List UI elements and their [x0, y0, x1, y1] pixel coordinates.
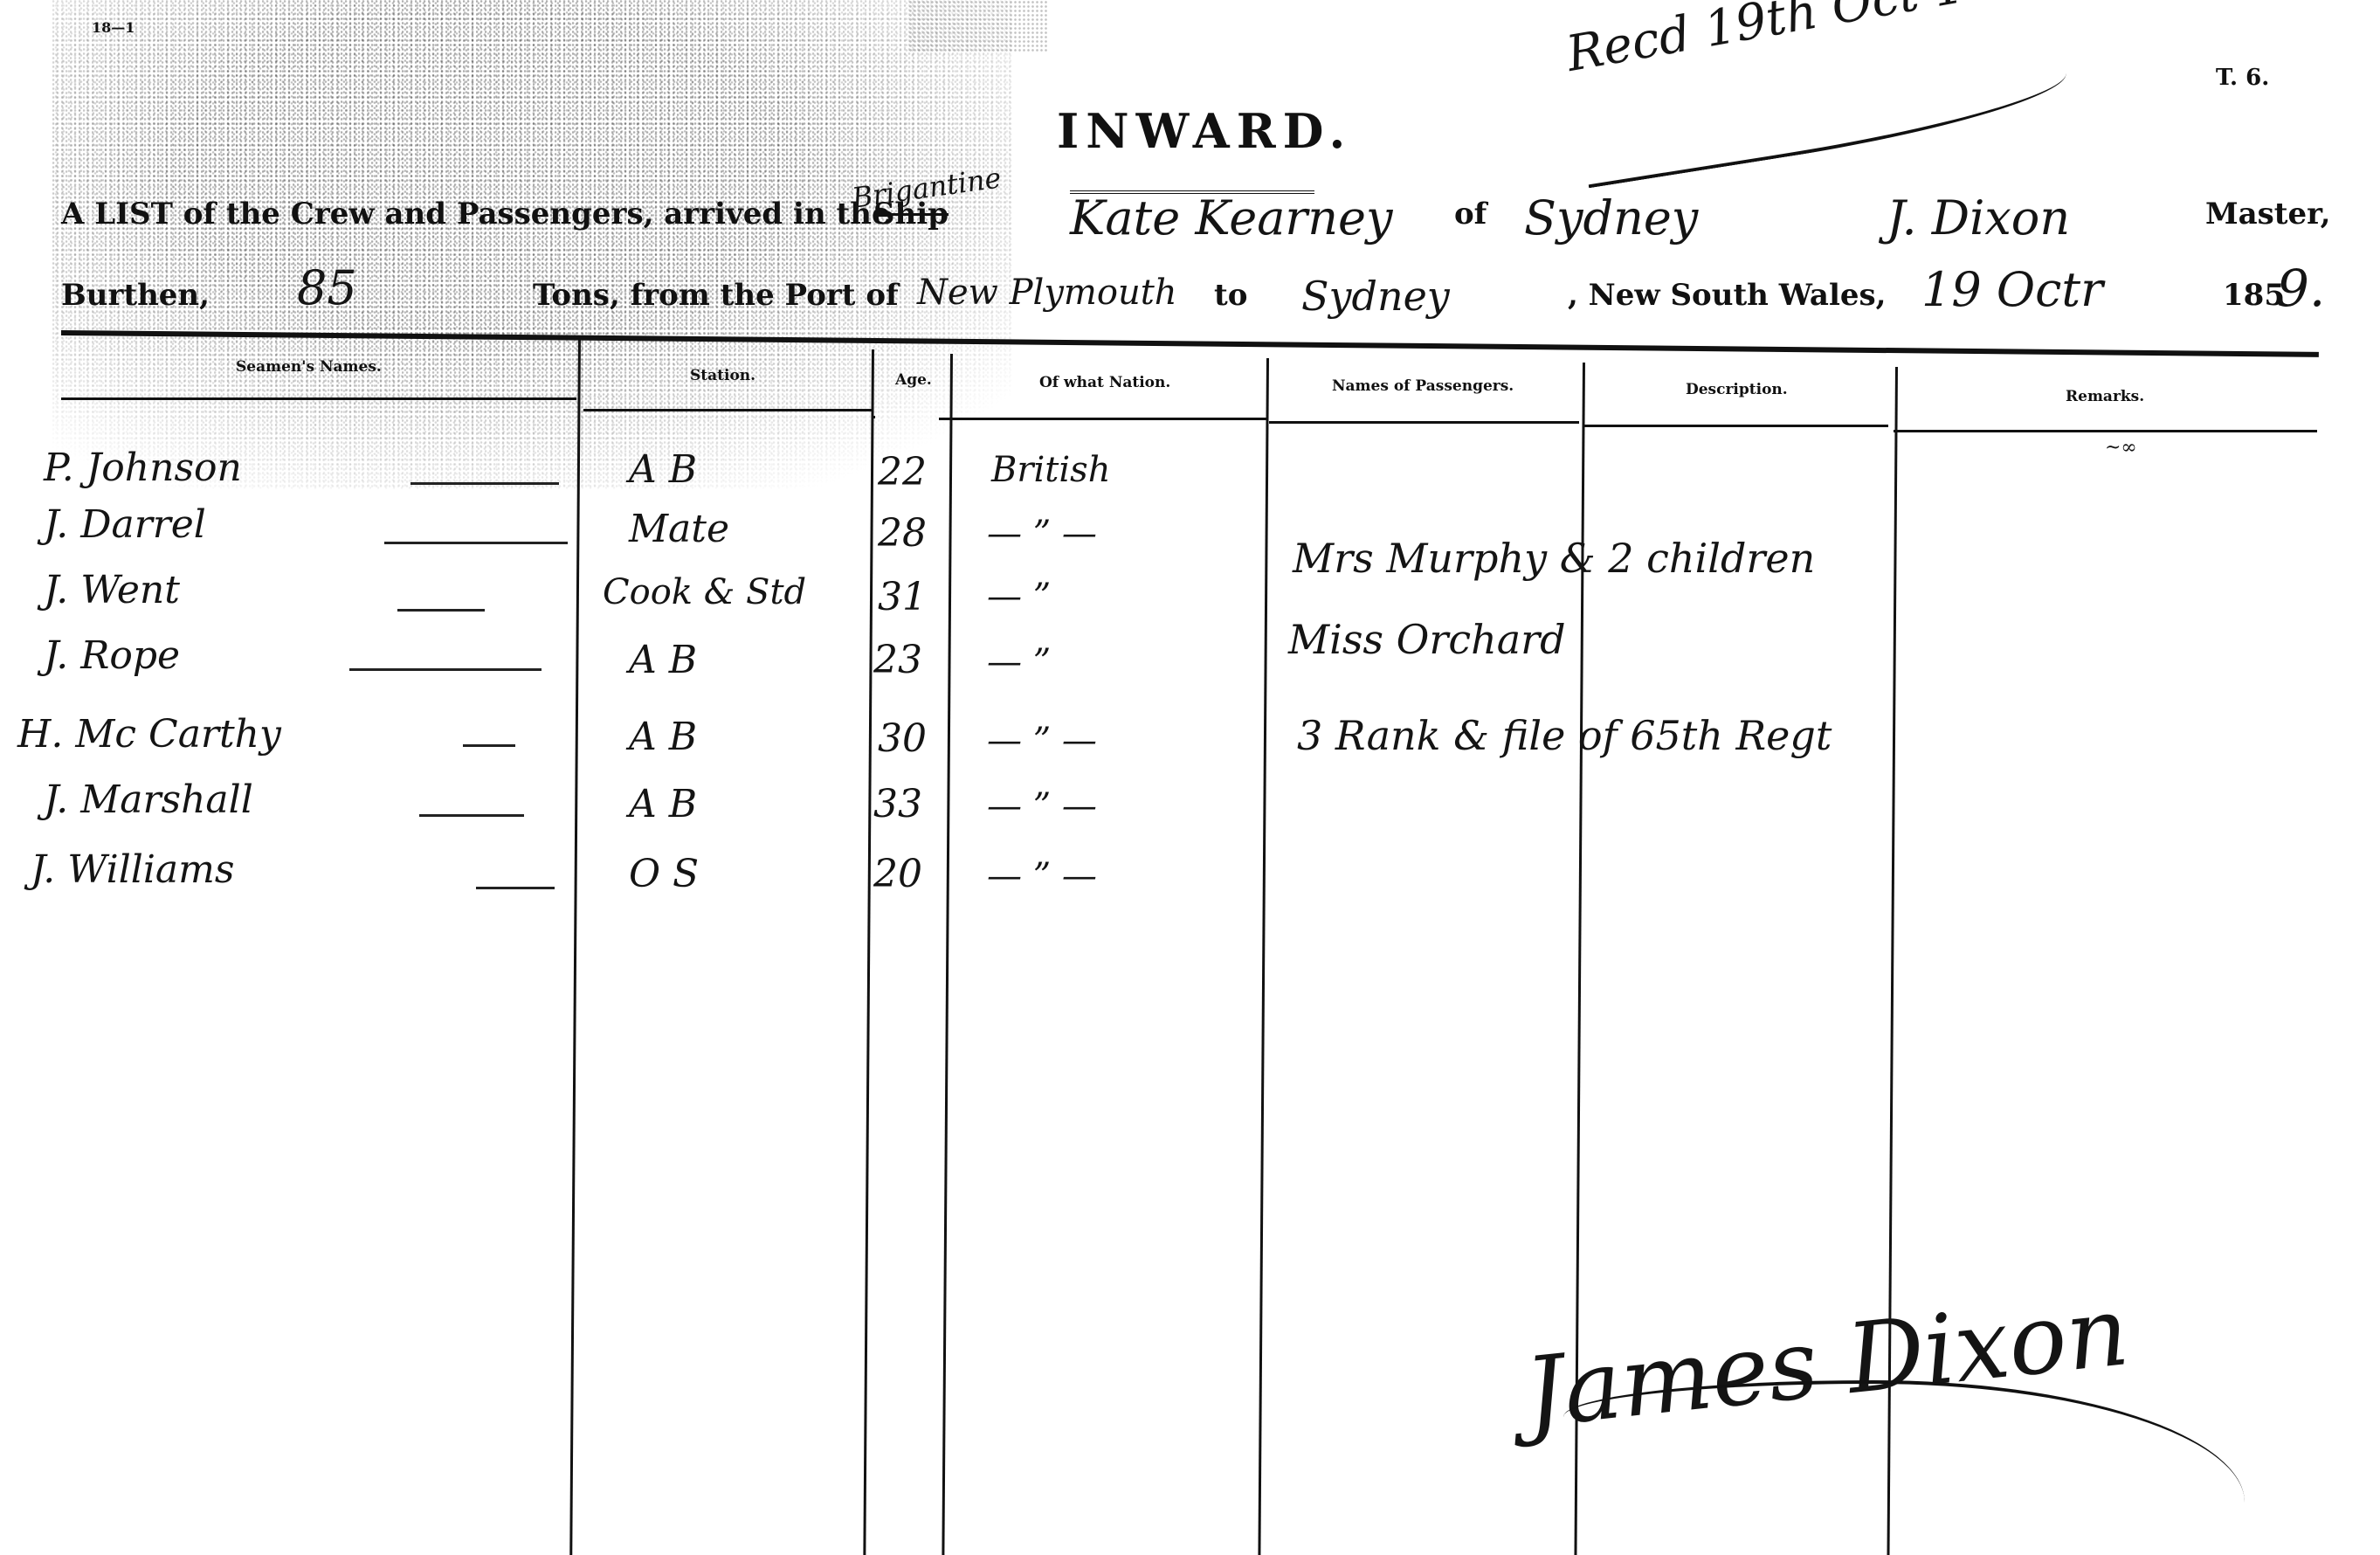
ditto-dash [384, 542, 568, 544]
seaman-nation: — ” — [987, 786, 1097, 826]
colony-label: , New South Wales, [1568, 278, 1887, 313]
passenger-entry: 3 Rank & file of 65th Regt [1297, 712, 1832, 759]
header-bottom-rule [61, 397, 576, 400]
signature-flourish [1563, 1380, 2245, 1515]
seaman-station: Mate [629, 507, 729, 551]
list-intro-label: A LIST of the Crew and Passengers, arriv… [61, 197, 891, 232]
arrival-date: 19 Octr [1921, 262, 2103, 317]
seaman-station: Cook & Std [603, 572, 806, 612]
header-bottom-rule [1894, 430, 2317, 432]
seaman-nation: British [991, 450, 1110, 490]
column-header-station: Station. [690, 367, 755, 384]
of-label: of [1454, 197, 1487, 232]
ditto-dash [419, 814, 524, 817]
to-port: Sydney [1301, 273, 1450, 320]
seaman-name: J. Williams [31, 847, 234, 892]
seaman-age: 20 [873, 852, 922, 896]
seaman-station: A B [629, 715, 697, 759]
seaman-age: 22 [878, 450, 927, 494]
column-divider [1258, 358, 1269, 1555]
seaman-name: H. Mc Carthy [17, 712, 281, 757]
passenger-entry: Miss Orchard [1288, 616, 1566, 663]
seaman-name: J. Went [44, 568, 180, 612]
year-printed: 185 [2223, 278, 2285, 313]
header-bottom-rule [1583, 425, 1888, 427]
header-bottom-rule [939, 418, 1266, 420]
master-name: J. Dixon [1887, 190, 2070, 245]
remarks-mark: ~∞ [2105, 437, 2137, 459]
column-header-age: Age. [895, 371, 932, 389]
vessel-name: Kate Kearney [1070, 190, 1392, 245]
tons-label: Tons, from the Port of [533, 278, 899, 313]
seaman-nation: — ” [987, 577, 1051, 617]
header-bottom-rule [583, 409, 872, 411]
seaman-name: J. Rope [44, 633, 180, 678]
burthen-label: Burthen, [61, 278, 210, 313]
seaman-nation: — ” — [987, 721, 1097, 761]
seaman-station: A B [629, 638, 697, 682]
header-bottom-rule [1269, 421, 1579, 424]
from-port: New Plymouth [917, 273, 1177, 313]
seaman-nation: — ” — [987, 856, 1097, 896]
ditto-dash [463, 744, 515, 747]
seaman-station: A B [629, 447, 697, 492]
seaman-nation: — ” [987, 642, 1051, 682]
column-header-seamen-names: Seamen's Names. [236, 358, 382, 376]
seaman-age: 23 [873, 638, 922, 682]
ditto-dash [476, 887, 555, 889]
column-divider [569, 336, 581, 1555]
seaman-station: A B [629, 782, 697, 826]
year-written: 9. [2277, 259, 2325, 318]
to-label: to [1214, 278, 1247, 313]
passenger-entry: Mrs Murphy & 2 children [1293, 535, 1815, 582]
ditto-dash [397, 609, 485, 612]
scan-noise [52, 0, 1013, 489]
seaman-station: O S [629, 852, 699, 896]
column-divider [942, 354, 953, 1555]
seaman-nation: — ” — [987, 514, 1097, 554]
column-header-description: Description. [1686, 381, 1788, 398]
ditto-dash [410, 482, 559, 485]
seaman-name: J. Darrel [44, 502, 206, 547]
column-header-remarks: Remarks. [2066, 388, 2144, 405]
form-code: T. 6. [2216, 65, 2269, 91]
corner-mark: 18—1 [92, 19, 135, 36]
document-title: INWARD. [1057, 103, 1352, 159]
burthen-value: 85 [297, 260, 357, 315]
home-port: Sydney [1524, 190, 1698, 245]
master-label: Master, [2205, 197, 2330, 232]
seaman-age: 30 [878, 716, 927, 761]
scan-noise [908, 0, 1048, 52]
column-divider [863, 349, 874, 1555]
seaman-age: 31 [878, 575, 927, 619]
seaman-name: P. Johnson [44, 446, 242, 490]
received-underline [1579, 48, 2073, 189]
column-header-passenger-names: Names of Passengers. [1332, 377, 1514, 395]
column-header-nation: Of what Nation. [1039, 374, 1170, 391]
ditto-dash [349, 668, 542, 671]
seaman-name: J. Marshall [44, 777, 253, 822]
seaman-age: 33 [873, 782, 922, 826]
seaman-age: 28 [878, 511, 927, 556]
